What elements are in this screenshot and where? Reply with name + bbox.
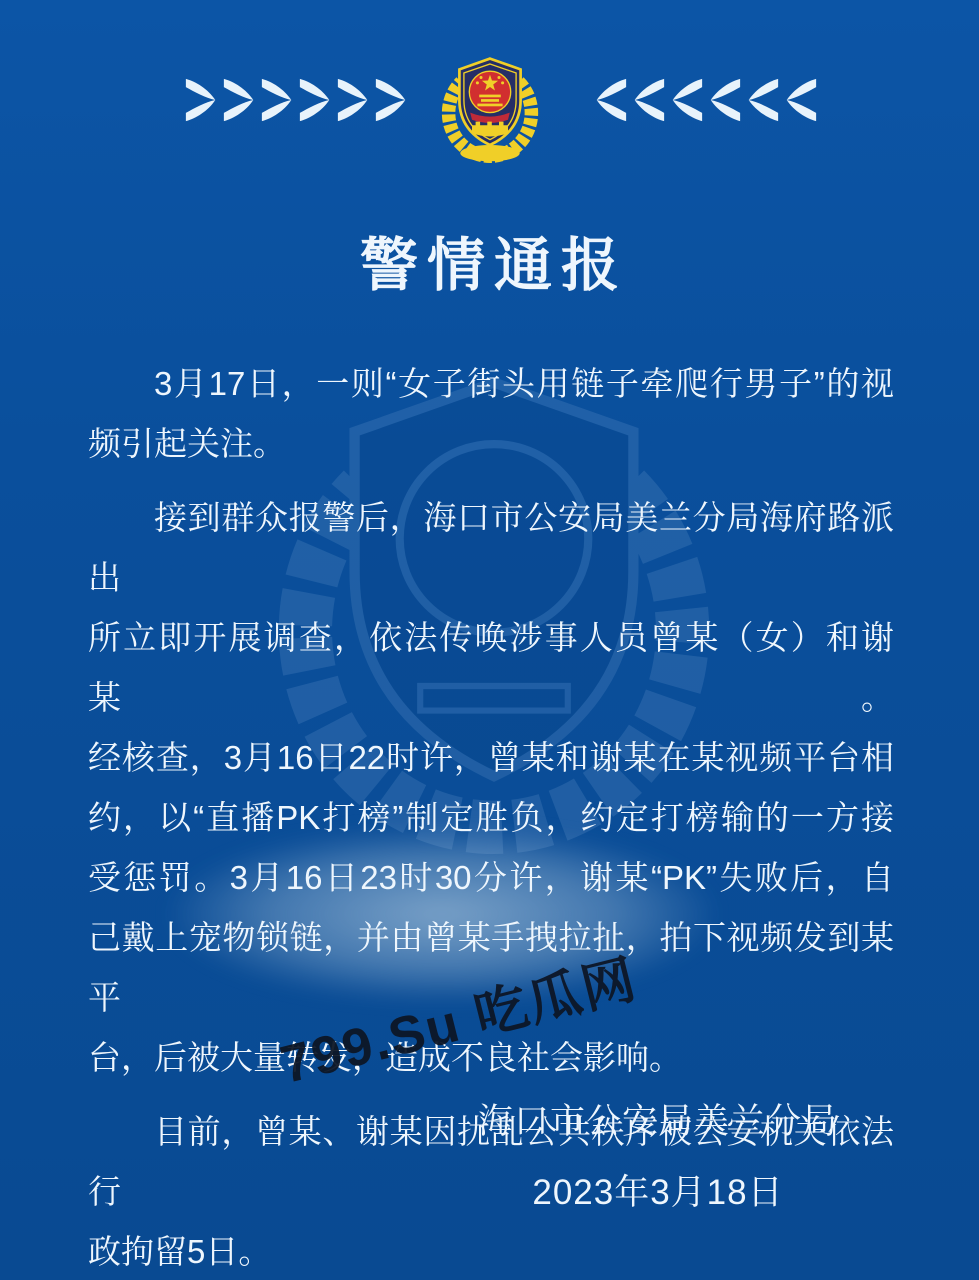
notice-title: 警情通报 (0, 218, 979, 302)
chevron-leaf-icon (335, 77, 372, 123)
left-chevrons-decoration (183, 77, 410, 123)
chevron-leaf-icon (744, 77, 781, 123)
chevron-leaf-icon (592, 77, 629, 123)
chevron-leaf-icon (630, 77, 667, 123)
police-badge-icon (436, 52, 544, 166)
chevron-leaf-icon (221, 77, 258, 123)
chevron-leaf-icon (706, 77, 743, 123)
body-line: 所立即开展调查，依法传唤涉事人员曾某（女）和谢某。 (88, 608, 894, 728)
right-chevrons-decoration (592, 77, 819, 123)
body-line: 频引起关注。 (88, 414, 894, 474)
chevron-leaf-icon (297, 77, 334, 123)
body-line: 政拘留5日。 (88, 1222, 894, 1280)
body-line: 经核查，3月16日22时许，曾某和谢某在某视频平台相 (88, 728, 894, 788)
body-line: 约，以“直播PK打榜”制定胜负，约定打榜输的一方接 (88, 788, 894, 848)
body-line: 受惩罚。3月16日23时30分许，谢某“PK”失败后，自 (88, 848, 894, 908)
notice-page: 警情通报 3月17日，一则“女子街头用链子牵爬行男子”的视频引起关注。接到群众报… (0, 0, 979, 1280)
body-line: 接到群众报警后，海口市公安局美兰分局海府路派出 (88, 488, 894, 608)
signature-block: 海口市公安局美兰分局 2023年3月18日 (478, 1094, 838, 1215)
chevron-leaf-icon (183, 77, 220, 123)
chevron-leaf-icon (373, 77, 410, 123)
chevron-leaf-icon (782, 77, 819, 123)
agency-signature: 海口市公安局美兰分局 (478, 1094, 838, 1144)
chevron-leaf-icon (668, 77, 705, 123)
body-line: 3月17日，一则“女子街头用链子牵爬行男子”的视 (88, 354, 894, 414)
chevron-leaf-icon (259, 77, 296, 123)
publish-date: 2023年3月18日 (478, 1165, 838, 1215)
